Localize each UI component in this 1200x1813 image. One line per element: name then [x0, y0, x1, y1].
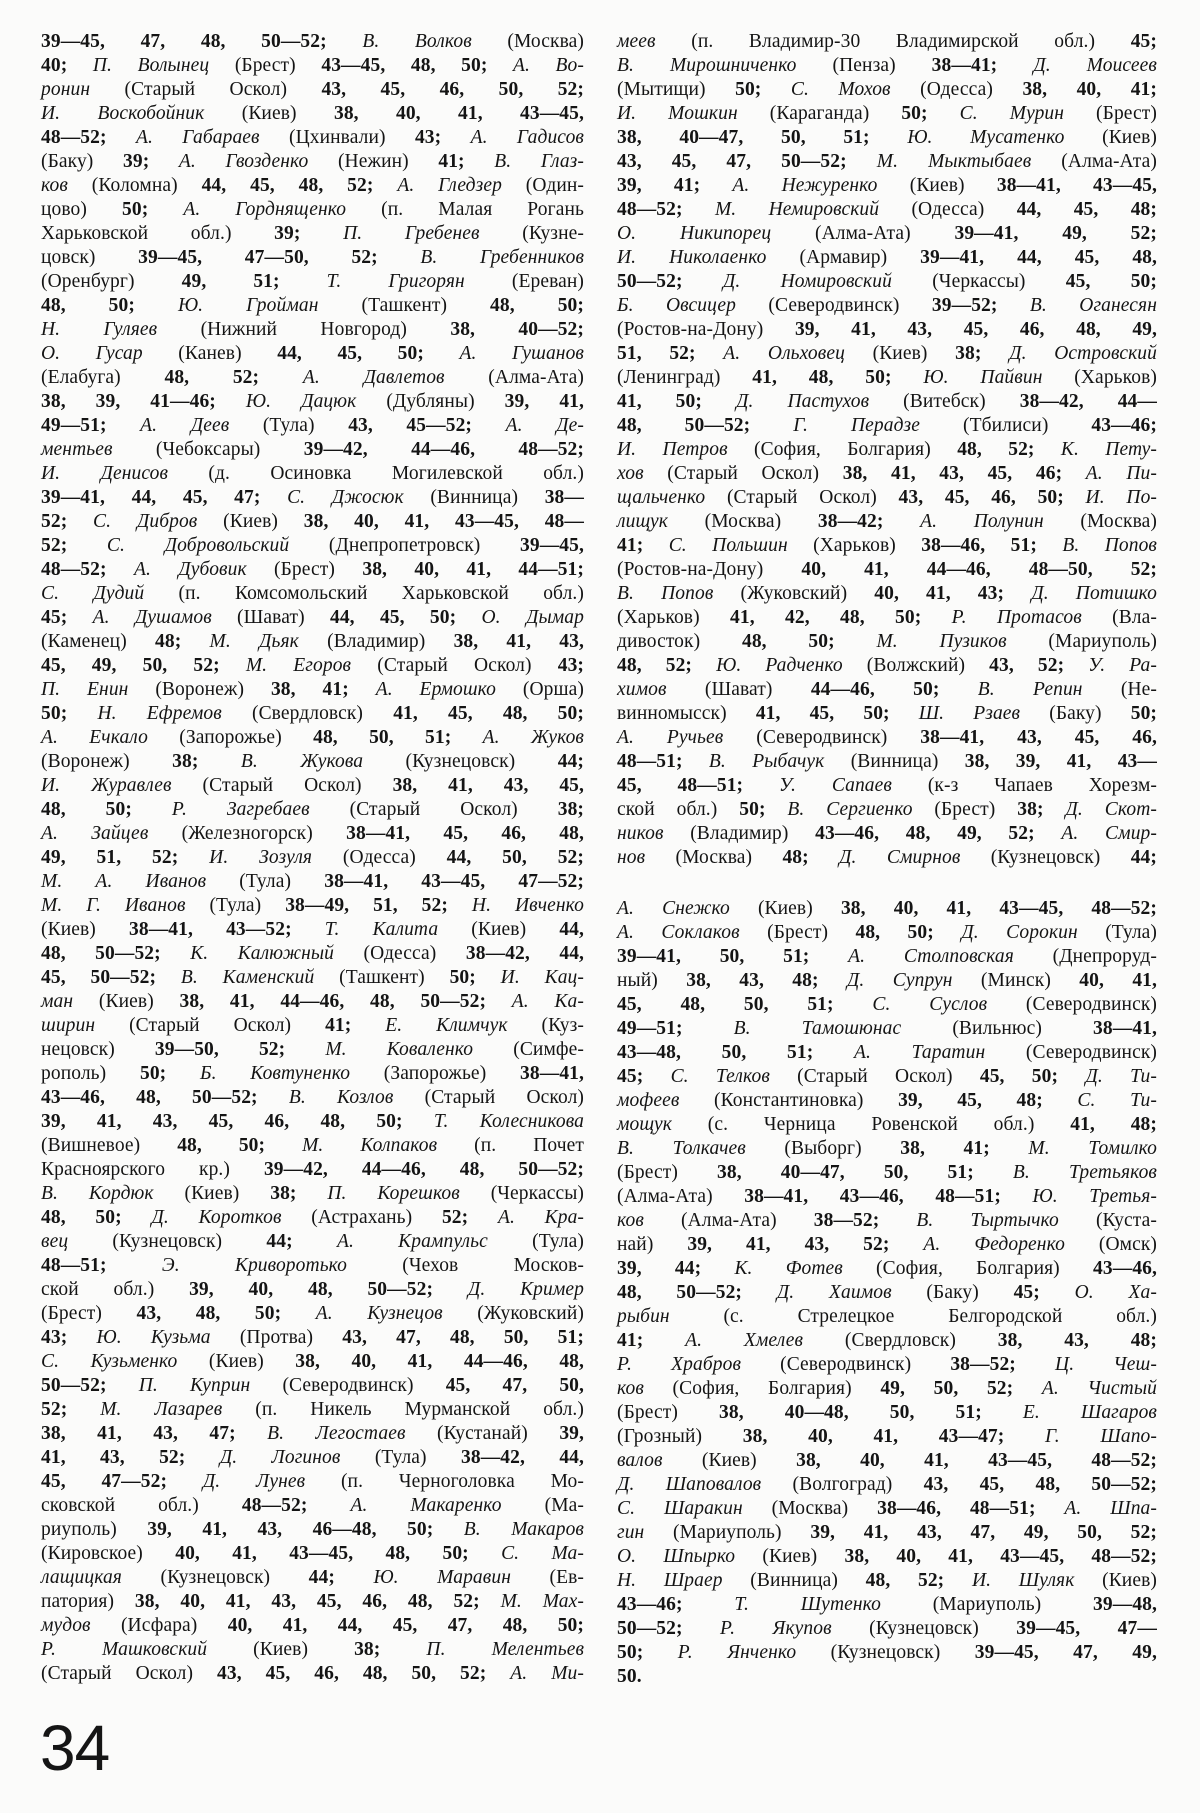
- issue-numbers: 45, 50;: [980, 1066, 1085, 1087]
- issue-numbers: 43—46;: [617, 1594, 734, 1615]
- index-line: 50—52; Д. Номировский (Черкассы) 45, 50;: [617, 270, 1157, 294]
- issue-numbers: 52;: [41, 511, 93, 532]
- place-name: рополь): [41, 1063, 140, 1084]
- index-line: лищук (Москва) 38—42; А. Полунин (Москва…: [617, 510, 1157, 534]
- issue-numbers: 39—45, 47—: [1016, 1618, 1157, 1639]
- place-name: (п. Почет: [437, 1135, 584, 1156]
- person-name: А. Чистый: [1042, 1378, 1157, 1399]
- person-name: М. А. Иванов: [41, 871, 206, 892]
- place-name: (Выборг): [746, 1138, 900, 1159]
- place-name: (Волгоград): [761, 1474, 923, 1495]
- person-name: И. Зозуля: [209, 847, 312, 868]
- issue-numbers: 44;: [266, 1231, 337, 1252]
- issue-numbers: 38;: [955, 343, 1009, 364]
- person-name: А. Полунин: [920, 511, 1044, 532]
- index-line: И. Мошкин (Караганда) 50; С. Мурин (Брес…: [617, 102, 1157, 126]
- issue-numbers: 43, 45, 46, 48, 50, 52;: [217, 1663, 510, 1684]
- index-line: Н. Шраер (Винница) 48, 52; И. Шуляк (Кие…: [617, 1569, 1157, 1593]
- issue-numbers: 48, 50;: [41, 295, 178, 316]
- issue-numbers: 39—45,: [520, 535, 584, 556]
- person-name: Э. Криворотько: [162, 1255, 347, 1276]
- index-line: 49—51; В. Тамошюнас (Вильнюс) 38—41,: [617, 1017, 1157, 1041]
- place-name: (Ростов-на-Дону): [617, 559, 801, 580]
- person-name: С. Джосюк: [287, 487, 404, 508]
- issue-numbers: 39—48,: [1093, 1594, 1157, 1615]
- index-line: 45, 48—51; У. Сапаев (к-з Чапаев Хорезм-: [617, 774, 1157, 798]
- issue-numbers: 44;: [558, 751, 584, 772]
- issue-numbers: 38, 41, 43, 45,: [393, 775, 584, 796]
- place-name: (Чебоксары): [113, 439, 304, 460]
- place-name: (Один-: [502, 175, 584, 196]
- issue-numbers: 38—41, 43—45, 47—52;: [324, 871, 584, 892]
- person-name: М. Колпаков: [302, 1135, 437, 1156]
- person-name: Ю. Маравин: [373, 1567, 511, 1588]
- place-name: (Старый Оскол): [41, 1663, 217, 1684]
- person-name: В. Глаз-: [494, 151, 584, 172]
- index-line: 48—52; А. Габараев (Цхинвали) 43; А. Гад…: [41, 126, 584, 150]
- person-name: У. Сапаев: [779, 775, 892, 796]
- place-name: (Мариуполь): [644, 1522, 810, 1543]
- place-name: (Кузнецовск): [363, 751, 558, 772]
- issue-numbers: 48, 50;: [177, 1135, 302, 1156]
- issue-numbers: 52;: [41, 535, 107, 556]
- place-name: (Константиновка): [679, 1090, 898, 1111]
- person-name: А. Ка-: [512, 991, 584, 1012]
- issue-numbers: 44, 50, 52;: [447, 847, 584, 868]
- index-line: 48—52; А. Дубовик (Брест) 38, 40, 41, 44…: [41, 558, 584, 582]
- issue-numbers: 48, 52;: [164, 367, 302, 388]
- issue-numbers: 45;: [1131, 31, 1157, 52]
- place-name: (Тула): [186, 895, 286, 916]
- index-line: 48, 50; Д. Коротков (Астрахань) 52; А. К…: [41, 1206, 584, 1230]
- issue-numbers: 45, 48—51;: [617, 775, 779, 796]
- place-name: (Астрахань): [282, 1207, 442, 1228]
- person-name: Д. Логинов: [220, 1447, 341, 1468]
- issue-numbers: 50;: [450, 967, 501, 988]
- person-name: В. Сергиенко: [787, 799, 912, 820]
- book-page: 39—45, 47, 48, 50—52; В. Волков (Москва)…: [0, 0, 1200, 1813]
- person-name: валов: [617, 1450, 663, 1471]
- index-line: (Киев) 38—41, 43—52; Т. Калита (Киев) 44…: [41, 918, 584, 942]
- issue-numbers: 48;: [782, 847, 839, 868]
- person-name: С. Добровольский: [107, 535, 289, 556]
- person-name: А. Де-: [506, 415, 584, 436]
- place-name: (Одесса): [891, 79, 1023, 100]
- place-name: (Орша): [496, 679, 584, 700]
- place-name: (Воронеж): [128, 679, 270, 700]
- person-name: Д. Лунев: [203, 1471, 305, 1492]
- place-name: (д. Осиновка Могилевской обл.): [168, 463, 584, 484]
- place-name: (Жуковский): [443, 1303, 584, 1324]
- person-name: А. Пи-: [1086, 463, 1157, 484]
- issue-numbers: 50;: [41, 703, 97, 724]
- issue-numbers: 45;: [41, 607, 93, 628]
- index-line: В. Мирошниченко (Пенза) 38—41; Д. Моисее…: [617, 54, 1157, 78]
- issue-numbers: 48—52;: [41, 127, 136, 148]
- issue-numbers: 48, 50—52;: [617, 1282, 777, 1303]
- issue-numbers: 48, 52;: [617, 655, 716, 676]
- issue-numbers: 38, 43, 48;: [998, 1330, 1157, 1351]
- place-name: (Волжский): [843, 655, 989, 676]
- index-line: 45; С. Телков (Старый Оскол) 45, 50; Д. …: [617, 1065, 1157, 1089]
- issue-numbers: 44;: [309, 1567, 374, 1588]
- index-line: (Ростов-на-Дону) 39, 41, 43, 45, 46, 48,…: [617, 318, 1157, 342]
- index-line: 45, 47—52; Д. Лунев (п. Черноголовка Мо-: [41, 1470, 584, 1494]
- person-name: А. Деев: [140, 415, 229, 436]
- index-line: 50—52; П. Куприн (Северодвинск) 45, 47, …: [41, 1374, 584, 1398]
- person-name: ментьев: [41, 439, 113, 460]
- place-name: (Нежин): [308, 151, 438, 172]
- issue-numbers: 38;: [270, 1183, 327, 1204]
- place-name: (Чехов Москов-: [347, 1255, 584, 1276]
- index-line: 40; П. Волынец (Брест) 43—45, 48, 50; А.…: [41, 54, 584, 78]
- issue-numbers: 45, 47—52;: [41, 1471, 203, 1492]
- issue-numbers: 43—45, 48, 50;: [321, 55, 513, 76]
- issue-numbers: 41, 48;: [1070, 1114, 1157, 1135]
- issue-numbers: 44, 45, 50;: [277, 343, 459, 364]
- index-line: (Харьков) 41, 42, 48, 50; Р. Протасов (В…: [617, 606, 1157, 630]
- place-name: дивосток): [617, 631, 742, 652]
- index-line: (Оренбург) 49, 51; Т. Григорян (Ереван): [41, 270, 584, 294]
- issue-numbers: 45, 49, 50, 52;: [41, 655, 246, 676]
- place-name: (Москва): [645, 847, 782, 868]
- person-name: ников: [617, 823, 664, 844]
- index-line: А. Зайцев (Железногорск) 38—41, 45, 46, …: [41, 822, 584, 846]
- place-name: най): [617, 1234, 687, 1255]
- index-line: патория) 38, 40, 41, 43, 45, 46, 48, 52;…: [41, 1590, 584, 1614]
- issue-numbers: 43—46;: [1091, 415, 1157, 436]
- issue-numbers: 39—41, 44, 45, 47;: [41, 487, 287, 508]
- person-name: Д. Сорокин: [961, 922, 1078, 943]
- place-name: (Старый Оскол): [644, 463, 843, 484]
- place-name: (Брест): [247, 559, 363, 580]
- person-name: Н. Гуляев: [41, 319, 157, 340]
- issue-numbers: 43—46, 48, 49, 52;: [815, 823, 1061, 844]
- issue-numbers: 40, 41,: [1079, 970, 1157, 991]
- person-name: Д. Шаповалов: [617, 1474, 761, 1495]
- person-name: О. Никипорец: [617, 223, 771, 244]
- person-name: Ю. Гройман: [178, 295, 319, 316]
- place-name: (Киев): [1064, 127, 1157, 148]
- person-name: А. Смир-: [1061, 823, 1157, 844]
- issue-numbers: 49—51;: [41, 415, 140, 436]
- index-line: (Каменец) 48; М. Дьяк (Владимир) 38, 41,…: [41, 630, 584, 654]
- person-name: В. Оганесян: [1030, 295, 1157, 316]
- issue-numbers: 39;: [123, 151, 179, 172]
- index-line: нецовск) 39—50, 52; М. Коваленко (Симфе-: [41, 1038, 584, 1062]
- issue-numbers: 50—52;: [617, 271, 723, 292]
- issue-numbers: 48—51;: [617, 751, 709, 772]
- index-line: И. Денисов (д. Осиновка Могилевской обл.…: [41, 462, 584, 486]
- issue-numbers: 38, 40, 41, 43—45, 48—52;: [845, 1546, 1158, 1567]
- place-name: (Киев): [177, 1351, 295, 1372]
- place-name: (Кузнецовск): [796, 1642, 975, 1663]
- person-name: С. Ти-: [1077, 1090, 1157, 1111]
- index-line: (Старый Оскол) 43, 45, 46, 48, 50, 52; А…: [41, 1662, 584, 1686]
- issue-numbers: 51, 52;: [617, 343, 723, 364]
- issue-numbers: 49, 51, 52;: [41, 847, 209, 868]
- place-name: (Брест): [209, 55, 321, 76]
- issue-numbers: 38, 41;: [271, 679, 376, 700]
- place-name: (Днепроруд-: [1014, 946, 1157, 967]
- place-name: (Железногорск): [148, 823, 346, 844]
- person-name: Ю. Кузьма: [96, 1327, 210, 1348]
- person-name: А. Гушанов: [460, 343, 585, 364]
- issue-numbers: 38;: [1017, 799, 1065, 820]
- issue-numbers: 38, 40, 41, 43—47;: [743, 1426, 1045, 1447]
- index-line: меев (п. Владимир-30 Владимирской обл.) …: [617, 30, 1157, 54]
- index-line: 38, 41, 43, 47; В. Легостаев (Кустанай) …: [41, 1422, 584, 1446]
- person-name: Н. Ефремов: [97, 703, 221, 724]
- index-line: 48, 50—52; К. Калюжный (Одесса) 38—42, 4…: [41, 942, 584, 966]
- person-name: С. Телков: [671, 1066, 770, 1087]
- issue-numbers: 38—42, 44—: [1020, 391, 1157, 412]
- issue-numbers: 39, 41, 43, 46—48, 50;: [147, 1519, 464, 1540]
- issue-numbers: 39,: [559, 1423, 584, 1444]
- place-name: (Киев): [878, 175, 997, 196]
- index-line: С. Дудий (п. Комсомольский Харьковской о…: [41, 582, 584, 606]
- place-name: (п. Черноголовка Мо-: [305, 1471, 584, 1492]
- person-name: А. Ечкало: [41, 727, 148, 748]
- place-name: (Черкассы): [892, 271, 1066, 292]
- person-name: Д. Потишко: [1031, 583, 1157, 604]
- person-name: В. Гребенников: [420, 247, 584, 268]
- person-name: В. Каменский: [181, 967, 314, 988]
- index-line: М. А. Иванов (Тула) 38—41, 43—45, 47—52;: [41, 870, 584, 894]
- person-name: П. Мелентьев: [426, 1639, 584, 1660]
- issue-numbers: 43, 45, 47, 50—52;: [617, 151, 877, 172]
- index-line: мощук (с. Черница Ровенской обл.) 41, 48…: [617, 1113, 1157, 1137]
- person-name: гин: [617, 1522, 644, 1543]
- index-line: 48, 50—52; Д. Хаимов (Баку) 45; О. Ха-: [617, 1281, 1157, 1305]
- index-line: (Ростов-на-Дону) 40, 41, 44—46, 48—50, 5…: [617, 558, 1157, 582]
- person-name: Ц. Чеш-: [1055, 1354, 1157, 1375]
- person-name: К. Пету-: [1061, 439, 1157, 460]
- issue-numbers: 48, 50, 51;: [313, 727, 483, 748]
- person-name: К. Калюжный: [190, 943, 334, 964]
- person-name: М. Мыктыбаев: [877, 151, 1032, 172]
- index-line: С. Кузьменко (Киев) 38, 40, 41, 44—46, 4…: [41, 1350, 584, 1374]
- place-name: (с. Стрелецкое Белгородской обл.): [670, 1306, 1157, 1327]
- place-name: (Старый Оскол): [770, 1066, 980, 1087]
- place-name: (Алма-Ата): [1031, 151, 1157, 172]
- place-name: (Старый Оскол): [90, 79, 321, 100]
- place-name: (Кустанай): [406, 1423, 560, 1444]
- place-name: (Киев): [730, 898, 841, 919]
- issue-numbers: 38, 40, 41, 43—45, 48—52;: [796, 1450, 1157, 1471]
- place-name: (Владимир): [299, 631, 454, 652]
- person-name: Д. Островский: [1009, 343, 1157, 364]
- index-line: 43—46; Т. Шутенко (Мариуполь) 39—48,: [617, 1593, 1157, 1617]
- person-name: А. Габараев: [136, 127, 260, 148]
- issue-numbers: 38—41,: [520, 1063, 584, 1084]
- place-name: (Куз-: [508, 1015, 584, 1036]
- person-name: М. Г. Иванов: [41, 895, 186, 916]
- index-line: мофеев (Константиновка) 39, 45, 48; С. Т…: [617, 1089, 1157, 1113]
- place-name: (Вильнюс): [901, 1018, 1093, 1039]
- place-name: (Старый Оскол): [393, 1087, 584, 1108]
- person-name: П. Енин: [41, 679, 128, 700]
- index-line: валов (Киев) 38, 40, 41, 43—45, 48—52;: [617, 1449, 1157, 1473]
- index-line: 48—51; Э. Криворотько (Чехов Москов-: [41, 1254, 584, 1278]
- person-name: А. Жуков: [483, 727, 584, 748]
- index-line: 41; С. Польшин (Харьков) 38—46, 51; В. П…: [617, 534, 1157, 558]
- issue-numbers: 38, 39, 41, 43—: [965, 751, 1157, 772]
- place-name: (Одесса): [334, 943, 466, 964]
- issue-numbers: 52;: [442, 1207, 498, 1228]
- index-line: (Мытищи) 50; С. Мохов (Одесса) 38, 40, 4…: [617, 78, 1157, 102]
- person-name: А. Соклаков: [617, 922, 740, 943]
- person-name: М. Егоров: [246, 655, 351, 676]
- issue-numbers: 50—52;: [617, 1618, 720, 1639]
- person-name: Д. Супрун: [847, 970, 953, 991]
- person-name: Р. Якупов: [720, 1618, 832, 1639]
- person-name: В. Тамошюнас: [734, 1018, 902, 1039]
- person-name: В. Макаров: [464, 1519, 584, 1540]
- person-name: щальченко: [617, 487, 705, 508]
- issue-numbers: 43, 47, 48, 50, 51;: [342, 1327, 584, 1348]
- person-name: В. Попов: [1062, 535, 1157, 556]
- place-name: (Киев): [204, 103, 334, 124]
- person-name: К. Фотев: [734, 1258, 842, 1279]
- place-name: (Киев): [735, 1546, 844, 1567]
- place-name: (Кузнецовск): [832, 1618, 1017, 1639]
- issue-numbers: 38, 41, 44—46, 48, 50—52;: [180, 991, 512, 1012]
- issue-numbers: 38, 40, 41;: [1022, 79, 1157, 100]
- issue-numbers: 48, 50;: [41, 1207, 151, 1228]
- issue-numbers: 43;: [415, 127, 471, 148]
- person-name: А. Федоренко: [923, 1234, 1065, 1255]
- person-name: У. Ра-: [1088, 655, 1157, 676]
- person-name: А. Давлетов: [303, 367, 445, 388]
- place-name: (п. Комсомольский Харьковской обл.): [144, 583, 584, 604]
- person-name: Е. Климчук: [385, 1015, 507, 1036]
- issue-numbers: 48, 50;: [742, 631, 876, 652]
- person-name: С. Польшин: [669, 535, 788, 556]
- issue-numbers: 38—49, 51, 52;: [285, 895, 472, 916]
- place-name: (Киев): [73, 991, 179, 1012]
- place-name: (к-з Чапаев Хорезм-: [892, 775, 1157, 796]
- place-name: (Мытищи): [617, 79, 735, 100]
- place-name: (Киев): [41, 919, 129, 940]
- person-name: лащицкая: [41, 1567, 122, 1588]
- index-line: 45, 50—52; В. Каменский (Ташкент) 50; И.…: [41, 966, 584, 990]
- place-name: (Ташкент): [314, 967, 449, 988]
- place-name: (Северодвинск): [741, 1354, 950, 1375]
- index-line: 51, 52; А. Ольховец (Киев) 38; Д. Остров…: [617, 342, 1157, 366]
- person-name: М. Немировский: [715, 199, 879, 220]
- index-line: рополь) 50; Б. Ковтуненко (Запорожье) 38…: [41, 1062, 584, 1086]
- place-name: (Брест): [617, 1402, 719, 1423]
- index-line: 45, 49, 50, 52; М. Егоров (Старый Оскол)…: [41, 654, 584, 678]
- place-name: (Баку): [1020, 703, 1131, 724]
- place-name: (Тула): [340, 1447, 461, 1468]
- person-name: А. Кузнецов: [316, 1303, 443, 1324]
- place-name: (Елабуга): [41, 367, 164, 388]
- person-name: А. Дубовик: [134, 559, 247, 580]
- place-name: (Киев): [663, 1450, 797, 1471]
- place-name: (Исфара): [91, 1615, 228, 1636]
- issue-numbers: 48—52;: [617, 199, 715, 220]
- index-line: (Вишневое) 48, 50; М. Колпаков (п. Почет: [41, 1134, 584, 1158]
- issue-numbers: 44, 45, 48, 52;: [202, 175, 398, 196]
- person-name: И. Кац-: [501, 967, 584, 988]
- index-line: (Елабуга) 48, 52; А. Давлетов (Алма-Ата): [41, 366, 584, 390]
- person-name: ков: [617, 1210, 644, 1231]
- index-line: (Брест) 38, 40—48, 50, 51; Е. Шагаров: [617, 1401, 1157, 1425]
- place-name: (Северодвинск): [987, 994, 1157, 1015]
- issue-numbers: 50;: [140, 1063, 200, 1084]
- index-line: щальченко (Старый Оскол) 43, 45, 46, 50;…: [617, 486, 1157, 510]
- issue-numbers: 38—: [545, 487, 584, 508]
- issue-numbers: 39—45, 47—50, 52;: [138, 247, 420, 268]
- person-name: Т. Колесникова: [434, 1111, 584, 1132]
- index-line: 39, 44; К. Фотев (София, Болгария) 43—46…: [617, 1257, 1157, 1281]
- place-name: (Нижний Новгород): [157, 319, 450, 340]
- place-name: (Ев-: [511, 1567, 584, 1588]
- issue-numbers: 43—46,: [1093, 1258, 1157, 1279]
- person-name: Д. Ти-: [1085, 1066, 1157, 1087]
- index-line: Д. Шаповалов (Волгоград) 43, 45, 48, 50—…: [617, 1473, 1157, 1497]
- issue-numbers: 39—45, 47, 48, 50—52;: [41, 31, 362, 52]
- issue-numbers: 39, 44;: [617, 1258, 734, 1279]
- index-line: мудов (Исфара) 40, 41, 44, 45, 47, 48, 5…: [41, 1614, 584, 1638]
- index-line: ков (София, Болгария) 49, 50, 52; А. Чис…: [617, 1377, 1157, 1401]
- person-name: А. Во-: [513, 55, 584, 76]
- person-name: Д. Моисеев: [1033, 55, 1157, 76]
- place-name: (Киев): [1074, 1570, 1157, 1591]
- index-line: 39—45, 47, 48, 50—52; В. Волков (Москва): [41, 30, 584, 54]
- issue-numbers: 38, 41;: [900, 1138, 1028, 1159]
- issue-numbers: 38—42, 44,: [466, 943, 584, 964]
- index-line: Н. Гуляев (Нижний Новгород) 38, 40—52;: [41, 318, 584, 342]
- issue-numbers: 41, 43, 52;: [41, 1447, 220, 1468]
- issue-numbers: 48, 52;: [957, 439, 1061, 460]
- issue-numbers: 50;: [739, 799, 787, 820]
- index-line: Харьковской обл.) 39; П. Гребенев (Кузне…: [41, 222, 584, 246]
- place-name: (Шават): [212, 607, 330, 628]
- place-name: (Запорожье): [350, 1063, 520, 1084]
- index-line: риуполь) 39, 41, 43, 46—48, 50; В. Макар…: [41, 1518, 584, 1542]
- place-name: (Брест): [913, 799, 1018, 820]
- index-line: ской обл.) 50; В. Сергиенко (Брест) 38; …: [617, 798, 1157, 822]
- index-line: гин (Мариуполь) 39, 41, 43, 47, 49, 50, …: [617, 1521, 1157, 1545]
- place-name: (Днепропетровск): [289, 535, 520, 556]
- index-line: 39, 41; А. Нежуренко (Киев) 38—41, 43—45…: [617, 174, 1157, 198]
- index-line: А. Ручьев (Северодвинск) 38—41, 43, 45, …: [617, 726, 1157, 750]
- place-name: (Тула): [488, 1231, 584, 1252]
- place-name: Красноярского кр.): [41, 1159, 264, 1180]
- place-name: (Воронеж): [41, 751, 172, 772]
- issue-numbers: 41;: [617, 1330, 685, 1351]
- place-name: (Протва): [211, 1327, 343, 1348]
- issue-numbers: 39—41, 50, 51;: [617, 946, 848, 967]
- index-line: 43—46, 48, 50—52; В. Козлов (Старый Оско…: [41, 1086, 584, 1110]
- issue-numbers: 38, 40, 41, 43—45, 48—: [304, 511, 584, 532]
- person-name: мудов: [41, 1615, 91, 1636]
- issue-numbers: 38, 41, 43, 45, 46;: [843, 463, 1086, 484]
- index-line: Р. Храбров (Северодвинск) 38—52; Ц. Чеш-: [617, 1353, 1157, 1377]
- person-name: О. Дымар: [482, 607, 585, 628]
- index-line: (Воронеж) 38; В. Жукова (Кузнецовск) 44;: [41, 750, 584, 774]
- index-line: ный) 38, 43, 48; Д. Супрун (Минск) 40, 4…: [617, 969, 1157, 993]
- issue-numbers: 52;: [41, 1399, 100, 1420]
- place-name: (София, Болгария): [843, 1258, 1093, 1279]
- issue-numbers: 39, 41, 43, 45, 46, 48, 50;: [41, 1111, 434, 1132]
- place-name: (Ма-: [502, 1495, 584, 1516]
- issue-numbers: 48;: [155, 631, 210, 652]
- person-name: Т. Григорян: [327, 271, 465, 292]
